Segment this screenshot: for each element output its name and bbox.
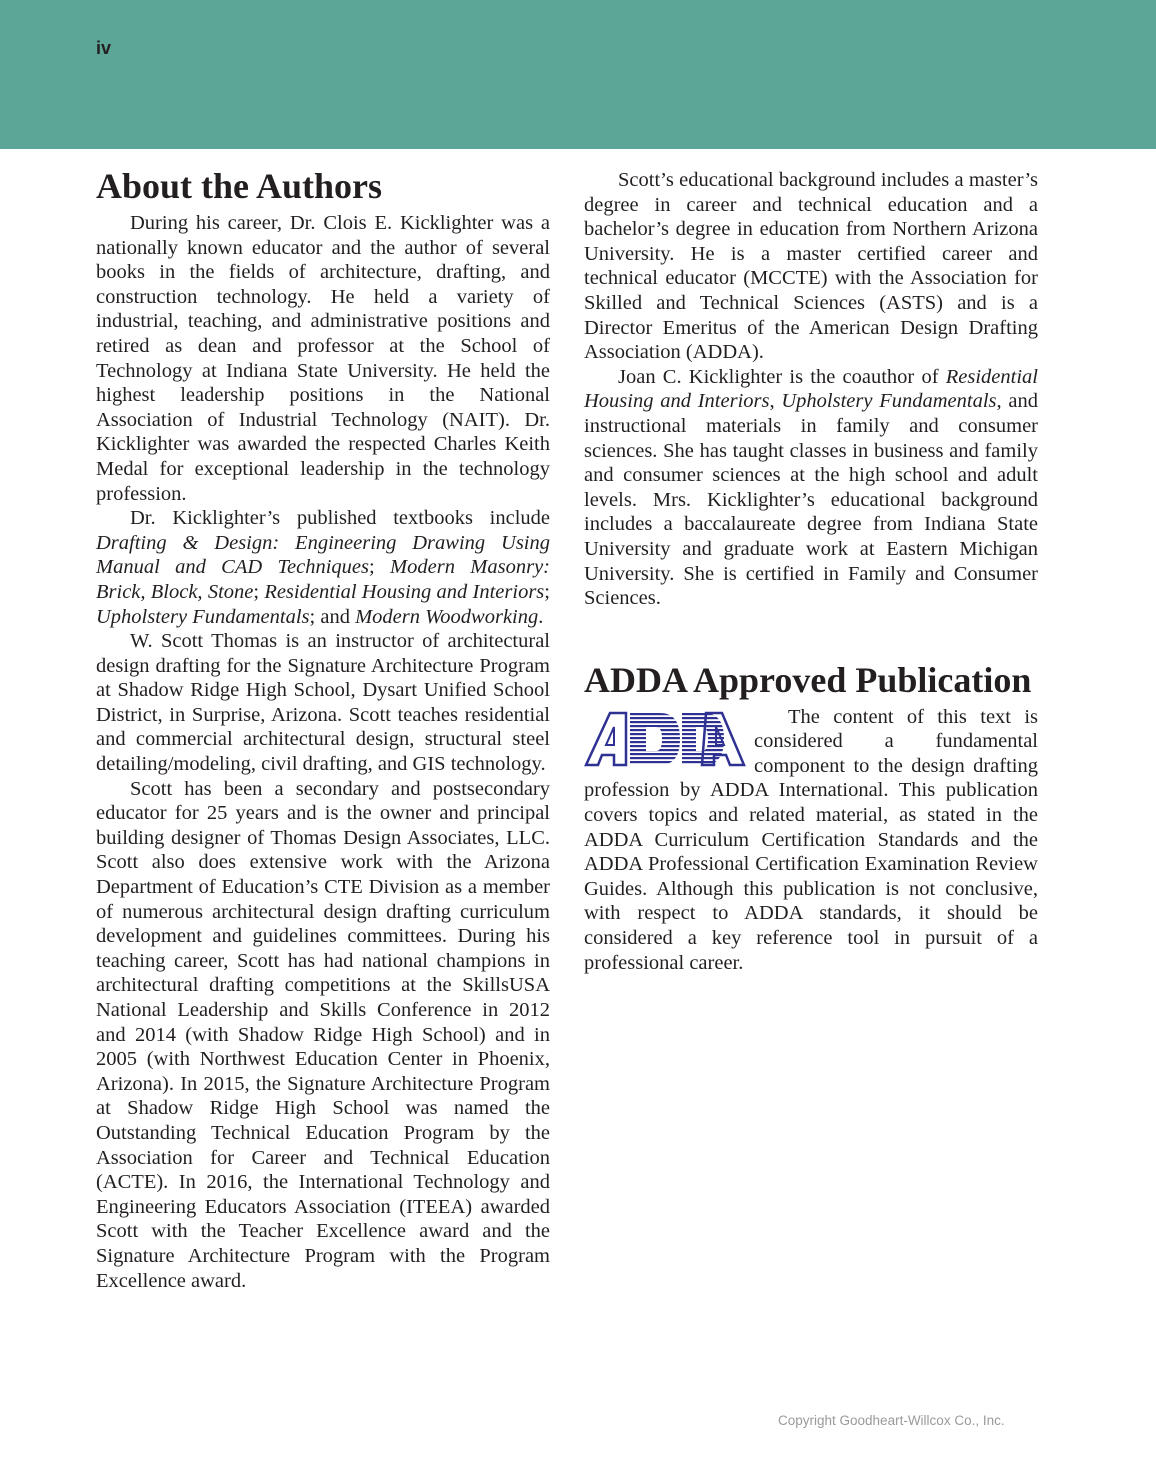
left-column: About the Authors During his career, Dr.… bbox=[96, 166, 550, 1293]
text-span: Dr. Kicklighter’s published textbooks in… bbox=[130, 507, 550, 529]
page-number: iv bbox=[96, 38, 111, 59]
text-span: ; bbox=[369, 556, 390, 578]
bio-paragraph-joan: Joan C. Kicklighter is the coauthor of R… bbox=[584, 365, 1038, 611]
bio-paragraph-kicklighter: During his career, Dr. Clois E. Kickligh… bbox=[96, 211, 550, 506]
book-title: Upholstery Fundamentals bbox=[96, 606, 310, 628]
adda-heading: ADDA Approved Publication bbox=[584, 660, 1038, 701]
textbooks-paragraph: Dr. Kicklighter’s published textbooks in… bbox=[96, 506, 550, 629]
text-span: Joan C. Kicklighter is the coauthor of bbox=[618, 366, 946, 388]
text-span: ; and bbox=[310, 606, 356, 628]
adda-logo-icon bbox=[584, 709, 746, 769]
bio-paragraph-thomas-education: Scott’s educational background includes … bbox=[584, 168, 1038, 365]
text-span: . bbox=[538, 606, 543, 628]
adda-section: The content of this text is considered a… bbox=[584, 705, 1038, 976]
text-span: ; bbox=[544, 581, 550, 603]
bio-paragraph-thomas: W. Scott Thomas is an instructor of arch… bbox=[96, 629, 550, 777]
book-title: Residential Housing and Interiors bbox=[264, 581, 544, 603]
header-band: iv bbox=[0, 0, 1156, 149]
about-authors-heading: About the Authors bbox=[96, 166, 550, 207]
text-span: ; bbox=[253, 581, 264, 603]
book-title: Modern Woodworking bbox=[355, 606, 538, 628]
text-span: , bbox=[769, 390, 781, 412]
copyright-notice: Copyright Goodheart-Willcox Co., Inc. bbox=[778, 1413, 1005, 1428]
bio-paragraph-thomas-career: Scott has been a secondary and postsecon… bbox=[96, 777, 550, 1293]
text-span: , and instructional materials in family … bbox=[584, 390, 1038, 609]
book-title: Upholstery Fundamentals bbox=[781, 390, 996, 412]
right-column: Scott’s educational background includes … bbox=[584, 168, 1038, 975]
